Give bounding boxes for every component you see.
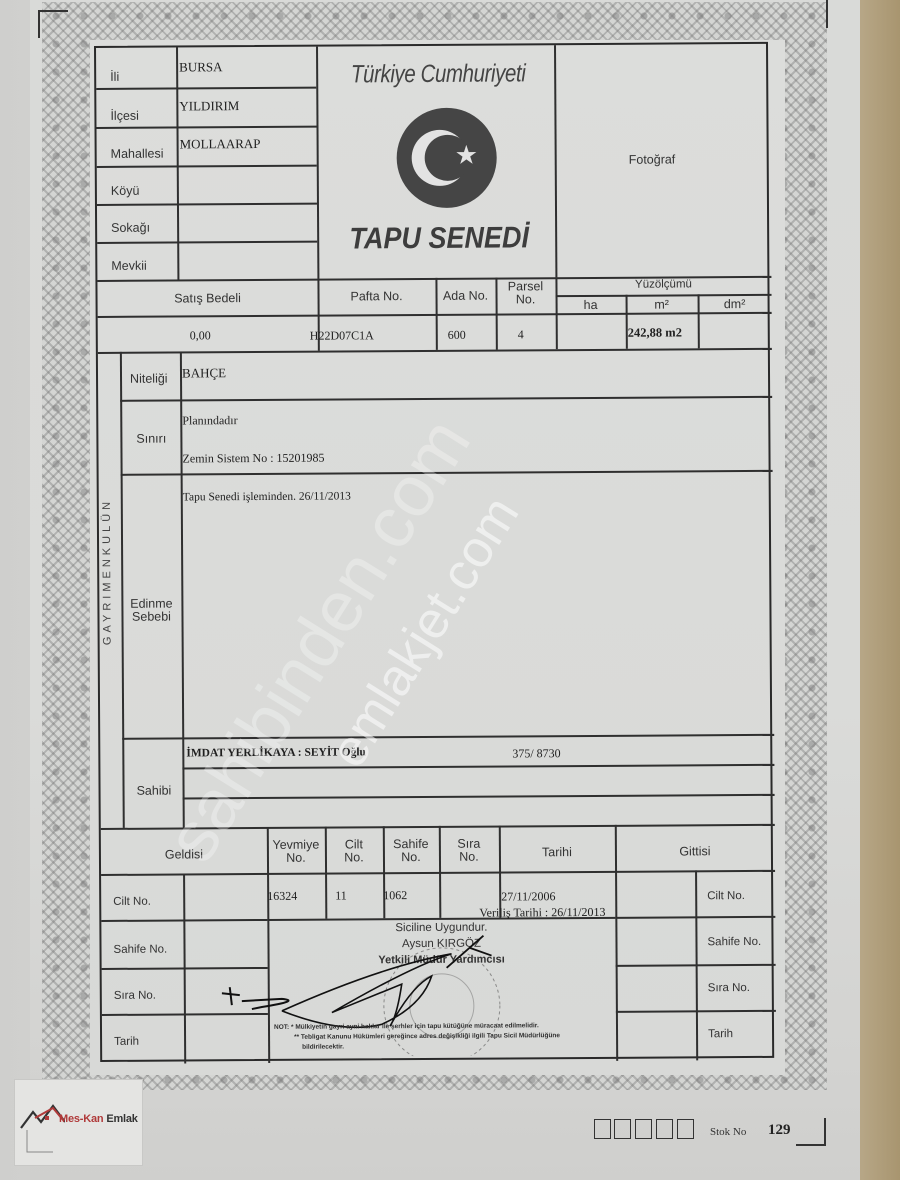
corner-mark-top-left [38,10,68,38]
agency-logo: Mes-Kan Emlak [14,1079,143,1166]
value-mahalle: MOLLAARAP [180,136,261,152]
value-pafta-no: H22D07C1A [310,328,374,343]
header-yuzolcumu: Yüzölçümü [555,278,771,291]
left-row-sira-no: Sıra No. [114,990,156,1002]
header-dm2: dm² [698,297,772,311]
gayrimenkul-side-label: GAYRIMENKULÜN [101,498,120,645]
stock-box-4 [656,1119,673,1139]
label-sahibi: Sahibi [137,784,172,798]
value-niteligi: BAHÇE [182,365,226,381]
footnote: NOT: * Mülkiyetin gayri ayni haklar ile … [274,1021,614,1053]
photo-placeholder-label: Fotoğraf [629,152,676,166]
label-koy: Köyü [111,184,140,198]
right-row-sira-no: Sıra No. [708,982,750,994]
stock-box-2 [614,1119,631,1139]
value-cilt-no: 11 [335,888,347,903]
header-pafta-no: Pafta No. [317,289,435,304]
label-il: İli [110,70,119,84]
value-siniri-line1: Planındadır [182,413,237,428]
header-gittisi: Gittisi [615,844,775,859]
crescent-star-emblem-icon: ★ [396,108,497,209]
stock-box-1 [594,1119,611,1139]
label-mahalle: Mahallesi [111,147,164,161]
label-siniri: Sınırı [136,432,166,446]
label-edinme-sebebi: EdinmeSebebi [121,597,181,623]
corner-mark-bottom-right [796,1118,826,1146]
right-row-tarih: Tarih [708,1028,733,1040]
agency-name: Mes-Kan Emlak [59,1113,138,1125]
value-edinme-sebebi: Tapu Senedi işleminden. 26/11/2013 [183,490,351,503]
corner-mark-top-right [826,0,828,28]
label-sokak: Sokağı [111,221,150,235]
value-yevmiye-no: 16324 [267,889,297,904]
value-sahife-no: 1062 [383,888,407,903]
header-satis-bedeli: Satış Bedeli [98,291,318,306]
house-roof-icon [19,1096,65,1156]
deed-title: TAPU SENEDİ [331,221,547,256]
value-il: BURSA [179,59,222,75]
right-row-sahife-no: Sahife No. [707,936,761,948]
stock-no-label: Stok No [710,1126,746,1138]
left-row-tarih: Tarih [114,1036,139,1048]
value-tarihi: 27/11/2006 [501,889,555,904]
header-ada-no: Ada No. [435,289,495,303]
right-row-cilt-no: Cilt No. [707,890,745,902]
title-deed-form: İli BURSA İlçesi YILDIRIM Mahallesi MOLL… [94,42,774,1062]
value-ilce: YILDIRIM [179,98,239,114]
value-satis-bedeli: 0,00 [190,328,211,343]
header-parsel-no: ParselNo. [495,280,555,306]
header-m2: m² [626,297,698,311]
label-niteligi: Niteliği [130,372,168,386]
header-yevmiye-no: YevmiyeNo. [267,839,325,865]
header-ha: ha [556,298,626,312]
header-sira-no: SıraNo. [439,838,499,864]
header-cilt-no: CiltNo. [325,838,383,864]
republic-title: Türkiye Cumhuriyeti [340,59,537,89]
value-siniri-line2: Zemin Sistem No : 15201985 [182,451,324,467]
value-ada-no: 600 [448,328,466,343]
stock-no-value: 129 [768,1122,791,1139]
left-row-cilt-no: Cilt No. [113,896,151,908]
header-sahife-no: SahifeNo. [383,838,439,864]
stock-box-3 [635,1119,652,1139]
value-sahibi-share: 375/ 8730 [512,746,560,761]
label-ilce: İlçesi [110,109,139,123]
value-m2: 242,88 m2 [628,325,682,340]
label-mevki: Mevkii [111,259,147,273]
left-row-sahife-no: Sahife No. [113,944,167,956]
stock-box-5 [677,1119,694,1139]
value-verilis-tarihi: Veriliş Tarihi : 26/11/2013 [479,905,605,921]
value-parsel-no: 4 [518,327,524,342]
header-tarihi: Tarihi [499,845,615,860]
